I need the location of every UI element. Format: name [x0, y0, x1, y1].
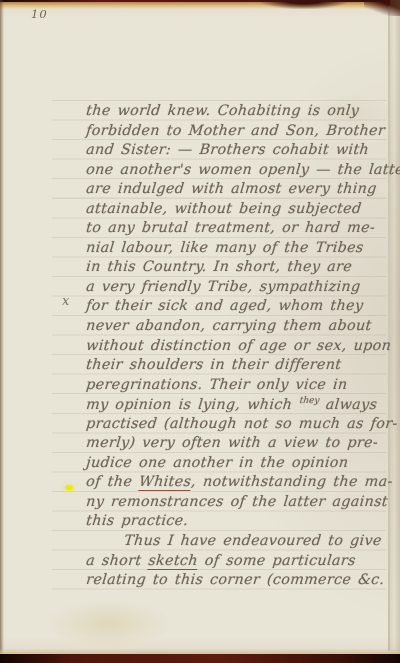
manuscript-text: the world knew. Cohabiting is onlyforbid… — [85, 103, 388, 592]
page-edge-left — [0, 0, 4, 663]
manuscript-line: one another's women openly — the latter — [85, 162, 390, 182]
manuscript-line: ny remonstrances of the latter against — [85, 494, 390, 514]
manuscript-line: judice one another in the opinion — [85, 455, 390, 475]
line-text: merly) very often with a view to pre- — [85, 435, 379, 451]
manuscript-line: are indulged with almost every thing — [85, 181, 390, 201]
yellow-highlight-dot — [65, 485, 73, 490]
line-text: for their sick and aged, whom they — [85, 298, 364, 314]
book-cover-edge-bottom — [0, 654, 400, 663]
line-text: peregrinations. Their only vice in — [85, 377, 348, 393]
underlined-word: sketch — [147, 553, 198, 570]
inserted-word-above-line: they — [299, 396, 320, 406]
manuscript-page: 10 x the world knew. Cohabiting is onlyf… — [0, 0, 400, 663]
line-text: and Sister: — Brothers cohabit with — [85, 142, 370, 158]
line-text: , notwithstanding the ma- — [190, 474, 393, 490]
manuscript-line: never abandon, carrying them about — [85, 318, 390, 338]
line-text: always — [318, 397, 378, 413]
manuscript-line: peregrinations. Their only vice in — [85, 377, 390, 397]
line-text: never abandon, carrying them about — [85, 318, 372, 334]
line-text: of the — [85, 474, 140, 490]
line-text: without distinction of age or sex, upon — [85, 338, 392, 354]
manuscript-line: Thus I have endeavoured to give — [85, 533, 390, 553]
manuscript-line: to any brutal treatment, or hard me- — [85, 220, 390, 240]
line-text: in this Country. In short, they are — [85, 259, 353, 275]
line-text: the world knew. Cohabiting is only — [85, 103, 360, 119]
line-text: of some particulars — [197, 553, 356, 569]
manuscript-line: a very friendly Tribe, sympathizing — [85, 279, 390, 299]
manuscript-line: their shoulders in their different — [85, 357, 390, 377]
manuscript-line: practised (although not so much as for- — [85, 416, 390, 436]
line-text: to any brutal treatment, or hard me- — [85, 220, 376, 236]
line-text: Thus I have endeavoured to give — [123, 533, 382, 549]
manuscript-line: attainable, without being subjected — [85, 201, 390, 221]
underlined-word: Whites — [138, 474, 192, 491]
manuscript-line: a short sketch of some particulars — [85, 553, 390, 573]
manuscript-line: without distinction of age or sex, upon — [85, 338, 390, 358]
line-text: ny remonstrances of the latter against — [85, 494, 388, 510]
manuscript-line: and Sister: — Brothers cohabit with — [85, 142, 390, 162]
line-text: their shoulders in their different — [85, 357, 342, 373]
page-number: 10 — [31, 7, 48, 21]
line-text: my opinion is lying, which — [85, 397, 300, 413]
line-text: forbidden to Mother and Son, Brother — [85, 123, 386, 139]
manuscript-line: in this Country. In short, they are — [85, 259, 390, 279]
line-text: relating to this corner (commerce &c. — [85, 572, 385, 588]
line-text: nial labour, like many of the Tribes — [85, 240, 364, 256]
line-text: judice one another in the opinion — [85, 455, 349, 471]
margin-x-mark: x — [62, 294, 69, 309]
line-text: attainable, without being subjected — [85, 201, 362, 217]
cover-shadow-top — [260, 0, 348, 9]
manuscript-line: relating to this corner (commerce &c. — [85, 572, 390, 592]
line-text: a very friendly Tribe, sympathizing — [85, 279, 361, 295]
line-text: a short — [85, 553, 149, 569]
manuscript-line: forbidden to Mother and Son, Brother — [85, 123, 390, 143]
manuscript-lines: the world knew. Cohabiting is onlyforbid… — [85, 103, 388, 592]
line-text: are indulged with almost every thing — [85, 181, 377, 197]
manuscript-line: merly) very often with a view to pre- — [85, 435, 390, 455]
manuscript-line: this practice. — [85, 513, 390, 533]
manuscript-line: my opinion is lying, which they always — [85, 396, 390, 416]
manuscript-line: nial labour, like many of the Tribes — [85, 240, 390, 260]
line-text: this practice. — [85, 513, 189, 529]
line-text: practised (although not so much as for- — [85, 416, 398, 432]
manuscript-line: the world knew. Cohabiting is only — [85, 103, 390, 123]
manuscript-line: of the Whites, notwithstanding the ma- — [85, 474, 390, 494]
line-text: one another's women openly — the latter — [85, 162, 400, 178]
page-edge-right — [390, 0, 400, 663]
manuscript-line: for their sick and aged, whom they — [85, 298, 390, 318]
